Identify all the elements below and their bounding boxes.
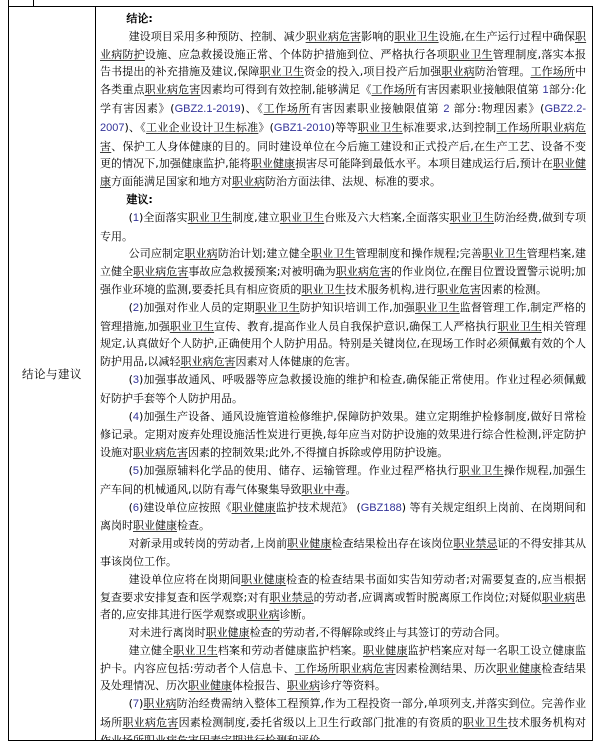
content-cell: 结论:建设项目采用多种预防、控制、减少职业病危害影响的职业卫生设施,在生产运行过…: [96, 7, 592, 740]
document-page: 结论与建议 结论:建设项目采用多种预防、控制、减少职业病危害影响的职业卫生设施,…: [0, 0, 599, 754]
flagged-term: 职业卫生: [173, 644, 218, 657]
flagged-term: 职业病: [145, 83, 178, 96]
paragraph: (3)加强事故通风、呼吸器等应急救援设施的维护和检查,确保能正常使用。作业过程必…: [100, 371, 586, 408]
flagged-term: 职业病: [133, 265, 166, 278]
latin-text: 7: [133, 698, 139, 710]
latin-text: GBZ2.1-2019: [175, 103, 241, 115]
flagged-term: 职业病危害: [122, 716, 178, 729]
flagged-term: 职业中毒: [302, 483, 346, 496]
flagged-term: 职业病: [306, 30, 339, 43]
flagged-term: 职业病: [181, 355, 214, 368]
paragraph: 建设单位应将在岗期间职业健康检查的检查结果书面如实告知劳动者;对需要复查的,应当…: [100, 571, 586, 624]
flagged-term: 职业卫生: [498, 320, 542, 333]
flagged-term: 职业病: [287, 679, 320, 692]
conclusion-recommendation-table: 结论与建议 结论:建设项目采用多种预防、控制、减少职业病危害影响的职业卫生设施,…: [8, 6, 593, 741]
flagged-term: 职业病危害: [133, 446, 188, 459]
flagged-term: 职业病: [184, 247, 217, 260]
paragraph: (2)加强对作业人员的定期职业卫生防护知识培训工作,加强职业卫生监督管理工作,制…: [100, 299, 586, 371]
flagged-term: 职业病危害: [133, 265, 188, 278]
flagged-term: 职业健康: [133, 519, 177, 532]
flagged-term: 职业卫生: [170, 320, 214, 333]
flagged-term: 职业健康: [100, 157, 586, 188]
flagged-term: 职业病危害: [306, 30, 361, 43]
flagged-term: 职业病: [122, 716, 156, 729]
flagged-term: 职业病: [339, 662, 373, 675]
flagged-term: 职业卫生: [482, 247, 527, 260]
flagged-term: 职业卫生: [188, 211, 232, 224]
paragraph: 建立健全职业卫生档案和劳动者健康监护档案。职业健康监护档案应对每一名职工设立健康…: [100, 642, 586, 695]
flagged-term: 职业卫生: [459, 464, 504, 477]
flagged-term: 职业病: [441, 65, 474, 78]
flagged-term: 职业病危害: [144, 734, 199, 740]
flagged-term: 职业卫生: [311, 247, 356, 260]
flagged-term: 职业健康: [251, 157, 295, 170]
flagged-term: 职业病危害: [336, 265, 391, 278]
latin-text: 2: [133, 302, 139, 314]
flagged-term: 工作场所: [295, 662, 340, 675]
paragraph: 对新录用或转岗的劳动者,上岗前职业健康检查结果检出存在该岗位职业禁忌证的不得安排…: [100, 535, 586, 571]
flagged-term: 职业健康: [287, 537, 331, 550]
flagged-term: 职业卫生: [394, 30, 438, 43]
flagged-term: 职业病: [232, 175, 265, 188]
latin-text: 2: [443, 103, 449, 115]
flagged-term: 工作场所: [264, 102, 311, 115]
flagged-term: 职业卫生: [463, 716, 508, 729]
flagged-term: 职业健康: [241, 573, 286, 586]
flagged-term: 职业病: [143, 697, 176, 710]
flagged-term: 职业危害: [437, 283, 481, 296]
flagged-term: 职业卫生: [280, 211, 324, 224]
row-header-label: 结论与建议: [22, 366, 82, 382]
flagged-term: 职业健康: [188, 679, 232, 692]
flagged-term: 职业病: [133, 446, 166, 459]
flagged-term: 职业健康: [363, 644, 408, 657]
flagged-term: 职业卫生: [302, 283, 346, 296]
flagged-term: 工作场所: [496, 121, 541, 134]
latin-text: 5: [133, 465, 139, 477]
flagged-term: 职业卫生: [450, 211, 494, 224]
paragraph: (5)加强原辅料化学品的使用、储存、运输管理。作业过程严格执行职业卫生操作规程,…: [100, 462, 586, 499]
flagged-term: 工作场所: [372, 83, 417, 96]
flagged-term: 职业禁忌: [453, 537, 497, 550]
flagged-term: 职业病危害: [339, 662, 395, 675]
flagged-term: 工作场所: [530, 65, 575, 78]
flagged-term: 职业健康: [232, 501, 276, 514]
flagged-term: 工业企业设计卫生标准: [146, 121, 258, 134]
paragraph: (7)职业病防治经费需纳入整体工程预算,作为工程投资一部分,单项列支,并落实到位…: [100, 695, 586, 740]
flagged-term: 职业病: [144, 734, 177, 740]
flagged-term: 职业病: [542, 591, 575, 604]
section-heading: 建议:: [100, 191, 586, 209]
paragraph: (4)加强生产设备、通风设施管道检修维护,保障防护效果。建立定期维护检修制度,做…: [100, 408, 586, 462]
paragraph: (6)建设单位应按照《职业健康监护技术规范》 (GBZ188) 等有关规定组织上…: [100, 499, 586, 536]
flagged-term: 职业卫生: [448, 48, 493, 61]
row-header-cell: 结论与建议: [9, 7, 96, 740]
section-heading: 结论:: [100, 10, 586, 28]
flagged-term: 职业病: [336, 265, 369, 278]
latin-text: 1: [133, 212, 139, 224]
latin-text: GBZ1-2010: [274, 122, 331, 134]
flagged-term: 职业卫生: [415, 301, 460, 314]
paragraph: 公司应制定职业病防治计划;建立健全职业卫生管理制度和操作规程;完善职业卫生管理档…: [100, 245, 586, 298]
flagged-term: 职业健康: [497, 662, 542, 675]
paragraph: 对未进行离岗时职业健康检查的劳动者,不得解除或终止与其签订的劳动合同。: [100, 624, 586, 642]
flagged-term: 职业病危害: [145, 83, 201, 96]
flagged-term: 职业病: [247, 608, 280, 621]
flagged-term: 职业病: [541, 121, 575, 134]
flagged-term: 职业禁忌: [269, 591, 313, 604]
latin-text: 3: [133, 374, 139, 386]
flagged-term: 职业卫生: [260, 65, 305, 78]
latin-text: 4: [133, 411, 139, 423]
flagged-term: 职业病危害: [181, 355, 236, 368]
latin-text: GBZ188: [361, 502, 402, 514]
flagged-term: 职业卫生: [358, 121, 403, 134]
latin-text: 1: [543, 84, 549, 96]
latin-text: 6: [133, 502, 139, 514]
paragraph: 建设项目采用多种预防、控制、减少职业病危害影响的职业卫生设施,在生产运行过程中确…: [100, 28, 586, 191]
flagged-term: 职业健康: [206, 626, 250, 639]
flagged-term: 职业卫生: [255, 301, 300, 314]
paragraph: (1)全面落实职业卫生制度,建立职业卫生台账及六大档案,全面落实职业卫生防治经费…: [100, 209, 586, 246]
